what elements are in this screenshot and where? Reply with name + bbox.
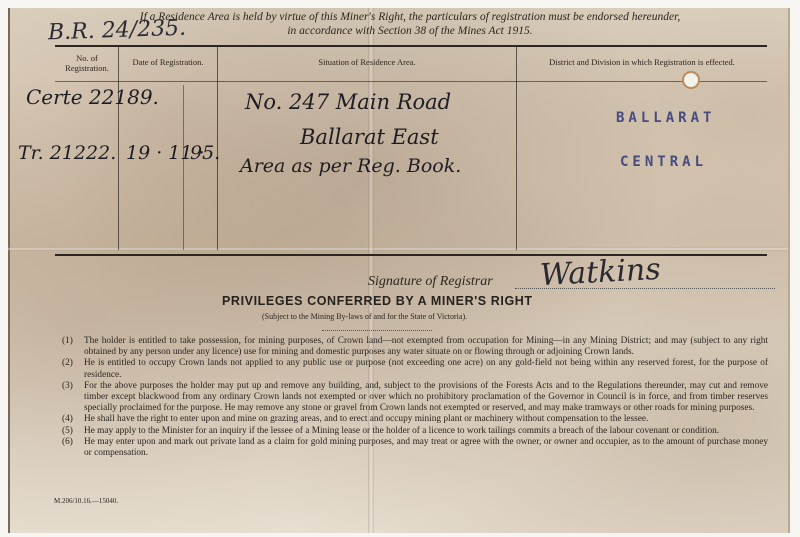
clause-number: (1)	[62, 336, 84, 358]
situation-line-2: Ballarat East	[300, 125, 439, 149]
clause-text: For the above purposes the holder may pu…	[84, 381, 768, 415]
registration-number-2: Tr. 21222.	[18, 142, 116, 164]
clause-number: (3)	[62, 381, 84, 415]
clause-number: (5)	[62, 426, 84, 437]
column-divider	[183, 85, 184, 250]
column-divider	[118, 45, 119, 250]
clause-text: The holder is entitled to take possessio…	[84, 336, 768, 358]
table-bottom-rule	[55, 254, 767, 256]
column-header-date: Date of Registration.	[122, 57, 214, 67]
situation-line-1: No. 247 Main Road	[245, 90, 451, 114]
table-header-rule	[55, 81, 767, 82]
privileges-list: (1)The holder is entitled to take posses…	[62, 336, 768, 459]
column-header-situation: Situation of Residence Area.	[220, 57, 514, 67]
column-header-district: District and Division in which Registrat…	[520, 57, 764, 67]
privilege-clause: (2)He is entitled to occupy Crown lands …	[62, 358, 768, 380]
decorative-rule	[322, 326, 432, 331]
registration-date-year: 95.	[190, 142, 220, 164]
privilege-clause: (6)He may enter upon and mark out privat…	[62, 437, 768, 459]
clause-number: (6)	[62, 437, 84, 459]
clause-number: (2)	[62, 358, 84, 380]
handwritten-reference: B.R. 24/235.	[48, 16, 187, 46]
table-top-rule	[55, 45, 767, 47]
column-divider	[516, 45, 517, 250]
print-code: M.206/10.16.—15040.	[54, 497, 118, 505]
privilege-clause: (3)For the above purposes the holder may…	[62, 381, 768, 415]
clause-text: He may enter upon and mark out private l…	[84, 437, 768, 459]
signature-label: Signature of Registrar	[368, 274, 493, 290]
privileges-subtitle: (Subject to the Mining By-laws of and fo…	[262, 312, 467, 321]
punch-hole	[682, 71, 700, 89]
registrar-signature: Watkins	[539, 252, 661, 293]
district-stamp-ballarat: BALLARAT	[616, 110, 715, 126]
column-header-registration-no: No. of Registration.	[58, 53, 116, 73]
privilege-clause: (4)He shall have the right to enter upon…	[62, 414, 768, 425]
registration-number-1: Certe 22189.	[26, 85, 159, 109]
clause-number: (4)	[62, 414, 84, 425]
horizontal-fold	[8, 247, 788, 251]
situation-line-3: Area as per Reg. Book.	[240, 155, 461, 177]
privilege-clause: (5)He may apply to the Minister for an i…	[62, 426, 768, 437]
privileges-title: PRIVILEGES CONFERRED BY A MINER'S RIGHT	[222, 294, 533, 308]
district-stamp-central: CENTRAL	[620, 154, 707, 170]
privilege-clause: (1)The holder is entitled to take posses…	[62, 336, 768, 358]
clause-text: He may apply to the Minister for an inqu…	[84, 426, 768, 437]
clause-text: He is entitled to occupy Crown lands not…	[84, 358, 768, 380]
clause-text: He shall have the right to enter upon an…	[84, 414, 768, 425]
